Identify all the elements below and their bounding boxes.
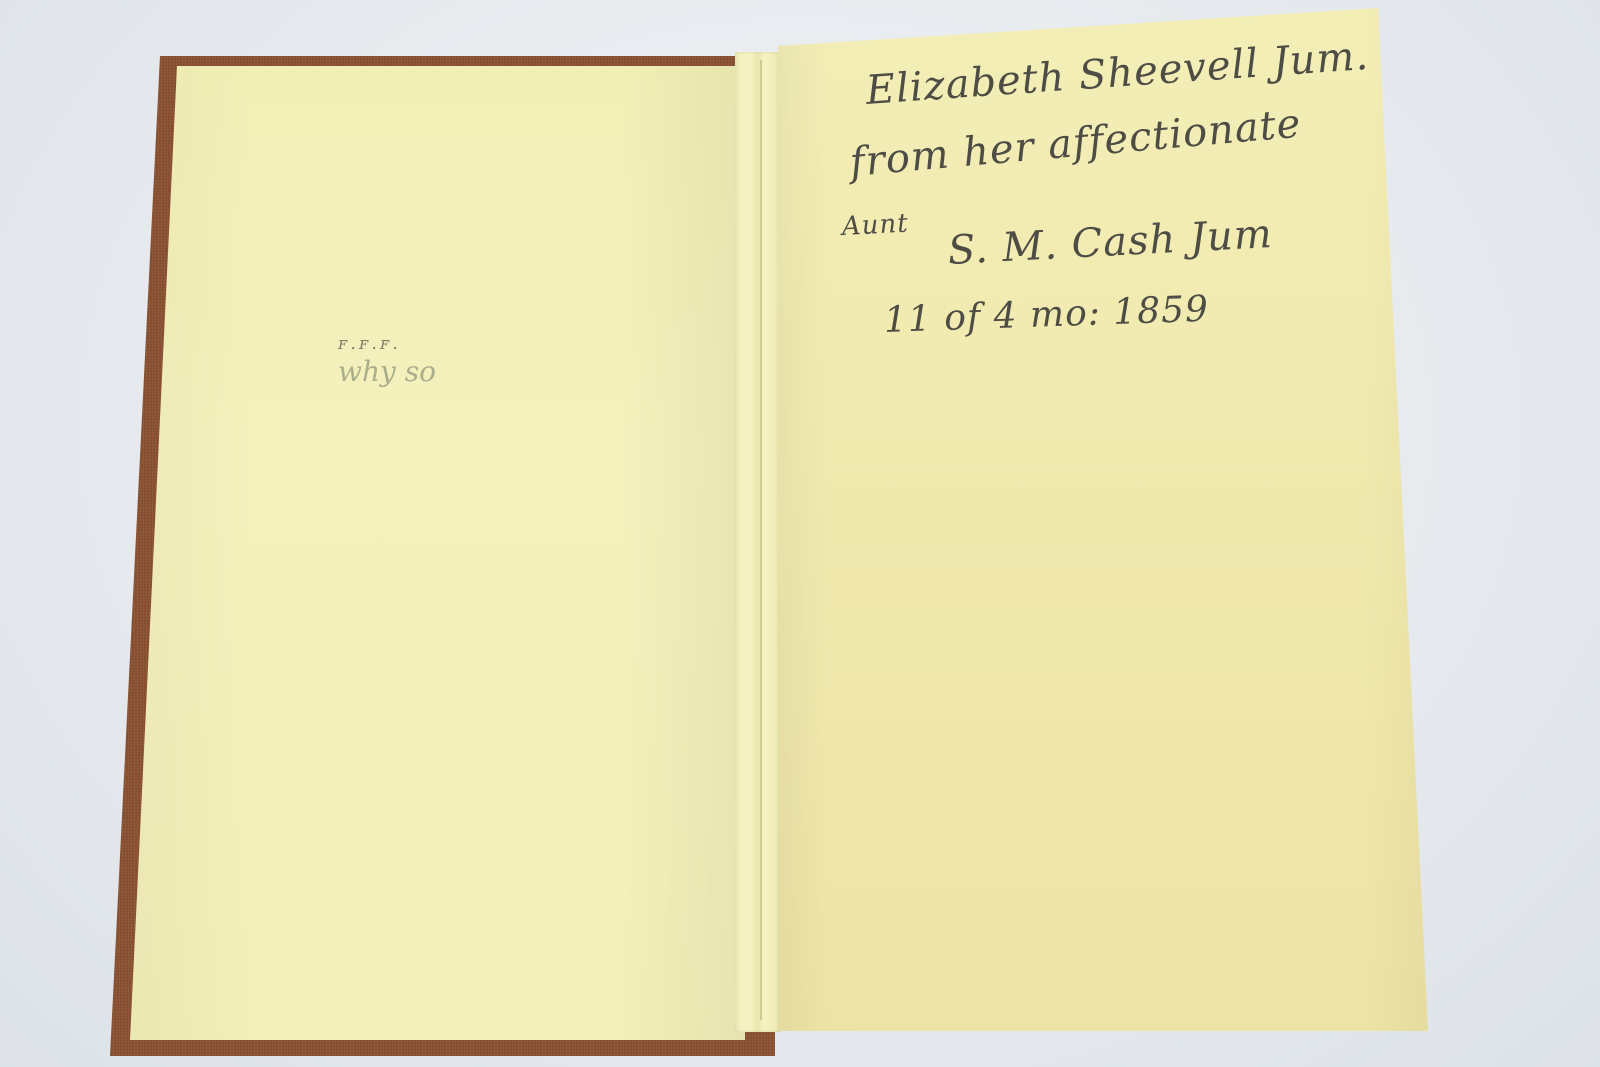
inscription-aunt: Aunt [841, 209, 909, 242]
pencil-note: why so [338, 355, 436, 388]
pencil-annotation: ꜰ.ꜰ.ꜰ. why so [338, 330, 436, 386]
left-pastedown-page [130, 66, 745, 1040]
book-gutter [735, 52, 780, 1032]
gutter-hinge-line [760, 60, 762, 1020]
pencil-marks: ꜰ.ꜰ.ꜰ. [338, 330, 436, 358]
